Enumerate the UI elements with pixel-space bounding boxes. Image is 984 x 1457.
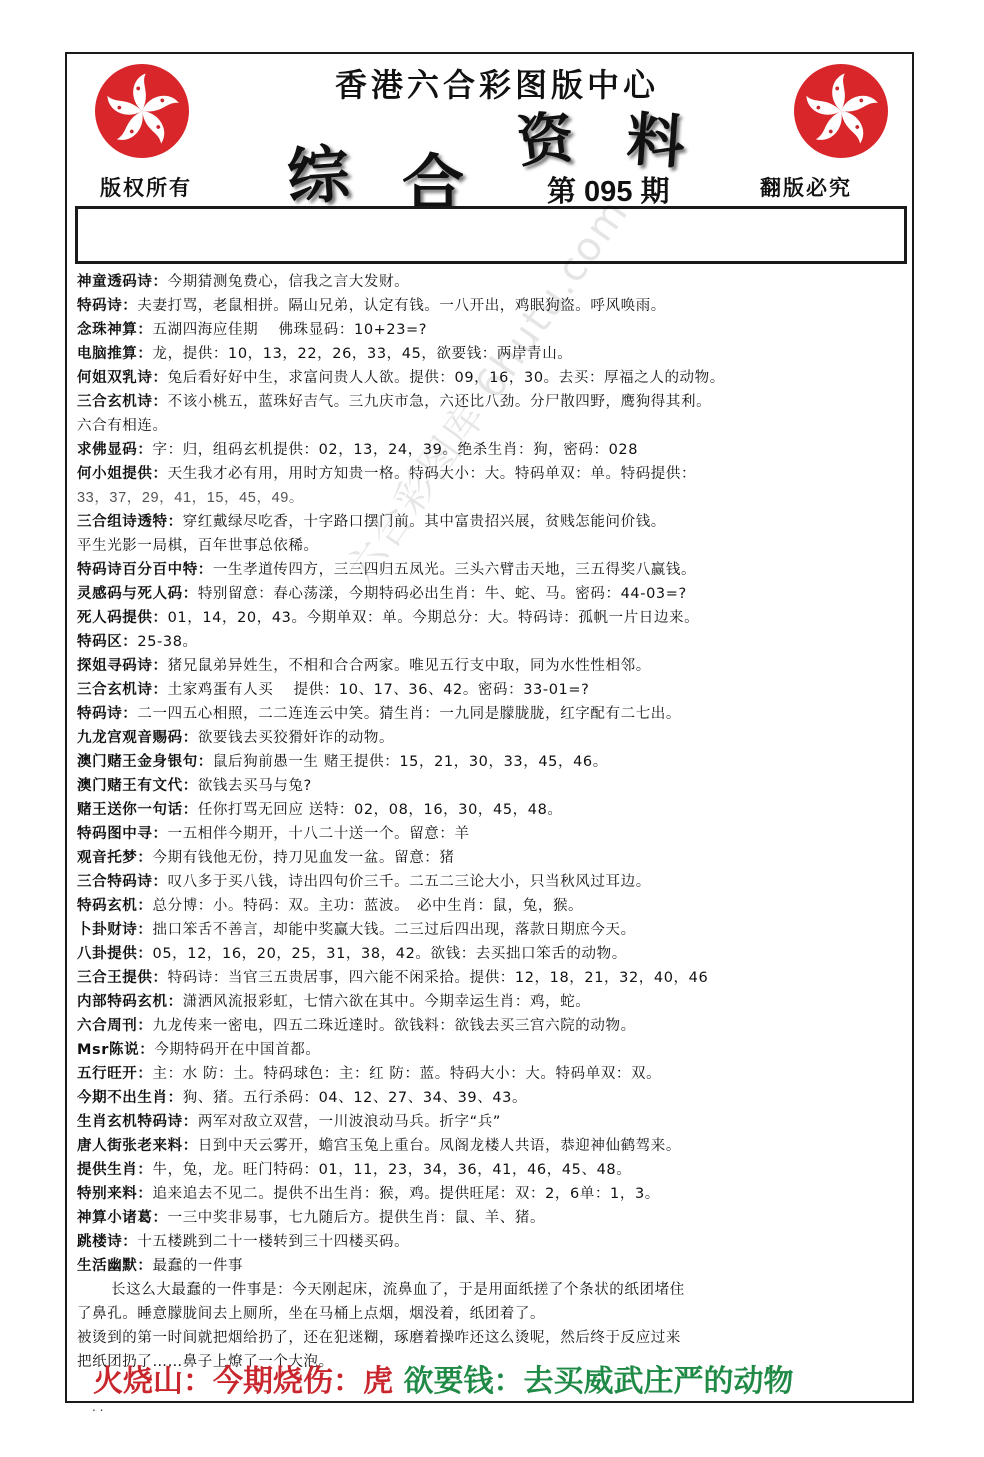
line-label: 三合玄机诗： [77, 394, 168, 410]
piracy-warning-label: 翻版必究 [760, 172, 852, 202]
list-item: 三合王提供：特码诗：当官三五贵居事，四六能不闲采拾。提供：12，18，21，32… [77, 966, 907, 990]
line-text: 欲要钱去买狡猾奸诈的动物。 [198, 730, 394, 746]
line-text: 日到中天云雾开，蟾宫玉兔上重台。凤阁龙楼人共语，恭迎神仙鹤驾来。 [198, 1138, 681, 1154]
bauhinia-flower-icon [95, 64, 189, 158]
line-text: 龙，提供：10，13，22，26，33，45，欲要钱：两岸青山。 [153, 346, 573, 362]
line-label: 神算小诸葛： [77, 1210, 168, 1226]
line-text: 追来追去不见二。提供不出生肖：猴，鸡。提供旺尾：双：2，6单：1，3。 [153, 1186, 660, 1202]
list-item: 33，37，29，41，15，45，49。 [77, 486, 907, 510]
line-label: 九龙宫观音赐码： [77, 730, 198, 746]
line-label: 念珠神算： [77, 322, 153, 338]
line-label: 探姐寻码诗： [77, 658, 168, 674]
line-text: 任你打骂无回应 送特：02，08，16，30，45，48。 [198, 802, 563, 818]
title-char-3: 资 [513, 93, 577, 178]
list-item: 内部特码玄机：潇洒风流报彩虹，七情六欲在其中。今期幸运生肖：鸡，蛇。 [77, 990, 907, 1014]
banner-green-text: 欲要钱：去买威武庄严的动物 [403, 1364, 793, 1399]
list-item: 卜卦财诗：拙口笨舌不善言，却能中奖赢大钱。二三过后四出现，落款日期庶今天。 [77, 918, 907, 942]
bauhinia-flower-icon [794, 64, 888, 158]
line-text: 潇洒风流报彩虹，七情六欲在其中。今期幸运生肖：鸡，蛇。 [183, 994, 591, 1010]
line-text: 穿红戴绿尽吃香，十字路口摆门前。其中富贵招兴展，贫贱怎能问价钱。 [183, 514, 666, 530]
bauhinia-flower-icon [794, 64, 888, 158]
line-label: 澳门赌王有文代： [77, 778, 198, 794]
line-text: 拙口笨舌不善言，却能中奖赢大钱。二三过后四出现，落款日期庶今天。 [153, 922, 636, 938]
list-item: 探姐寻码诗：猪兄鼠弟异姓生，不相和合合两家。唯见五行支中取，同为水性性相邻。 [77, 654, 907, 678]
line-text: 不该小桃五，蓝珠好吉气。三九庆市急，六还比八劲。分尸散四野，鹰狗得其利。 [168, 394, 712, 410]
list-item: 何姐双乳诗：兔后看好好中生，求富问贵人人欲。提供：09，16，30。去买：厚福之… [77, 366, 907, 390]
list-item: 六合周刊：九龙传来一密电，四五二珠近達时。欲钱料：欲钱去买三宫六院的动物。 [77, 1014, 907, 1038]
line-text: 十五楼跳到二十一楼转到三十四楼买码。 [137, 1234, 409, 1250]
line-label: 特码区： [77, 634, 137, 650]
line-text: 一三中奖非易事，七九随后方。提供生肖：鼠、羊、猪。 [168, 1210, 546, 1226]
list-item: 神童透码诗：今期猜测兔费心，信我之言大发财。 [77, 270, 907, 294]
footer-dots: . . [92, 1400, 103, 1414]
line-text: 05，12，16，20，25，31，38，42。欲钱：去买拙口笨舌的动物。 [153, 946, 627, 962]
line-label: 观音托梦： [77, 850, 153, 866]
hint-banner: 火烧山：今期烧伤：虎 欲要钱：去买威武庄严的动物 [93, 1356, 793, 1400]
list-item: 三合特码诗：叹八多于买八钱，诗出四句价三千。二五二三论大小，只当秋风过耳边。 [77, 870, 907, 894]
list-item: 跳楼诗：十五楼跳到二十一楼转到三十四楼买码。 [77, 1230, 907, 1254]
line-label: 求佛显码： [77, 442, 153, 458]
line-label: 三合王提供： [77, 970, 168, 986]
line-label: 内部特码玄机： [77, 994, 183, 1010]
list-item: 三合玄机诗：土家鸡蛋有人买 提供：10、17、36、42。密码：33-01=? [77, 678, 907, 702]
line-text: 夫妻打骂，老鼠相拼。隔山兄弟，认定有钱。一八开出，鸡眠狗盗。呼风唤雨。 [137, 298, 666, 314]
line-label: 灵感码与死人码： [77, 586, 198, 602]
list-item: 八卦提供：05，12，16，20，25，31，38，42。欲钱：去买拙口笨舌的动… [77, 942, 907, 966]
lottery-sheet: 香港六合彩图版中心 综 合 资 料 第 095 期 版权所有 翻版必究 神童透码… [65, 52, 914, 1403]
content-lines: 神童透码诗：今期猜测兔费心，信我之言大发财。 特码诗：夫妻打骂，老鼠相拼。隔山兄… [77, 270, 907, 1374]
line-text: 总分博：小。特码：双。主功：蓝波。 必中生肖：鼠，兔，猴。 [153, 898, 584, 914]
list-item: 三合组诗透特：穿红戴绿尽吃香，十字路口摆门前。其中富贵招兴展，贫贱怎能问价钱。 [77, 510, 907, 534]
list-item: 观音托梦：今期有钱他无份，持刀见血发一盆。留意：猪 [77, 846, 907, 870]
line-text: 主：水 防：土。特码球色：主：红 防：蓝。特码大小：大。特码单双：双。 [153, 1066, 662, 1082]
list-item: 六合有相连。 [77, 414, 907, 438]
line-text: 牛，兔，龙。旺门特码：01，11，23，34，36，41，46，45、48。 [153, 1162, 632, 1178]
line-text: 33，37，29，41，15，45，49。 [77, 490, 304, 506]
bauhinia-flower-icon [95, 64, 189, 158]
line-label: 何姐双乳诗： [77, 370, 168, 386]
line-label: 唐人街张老来料： [77, 1138, 198, 1154]
line-text: 六合有相连。 [77, 418, 168, 434]
line-label: 生活幽默： [77, 1258, 153, 1274]
line-text: 九龙传来一密电，四五二珠近達时。欲钱料：欲钱去买三宫六院的动物。 [153, 1018, 636, 1034]
line-label: 生肖玄机特码诗： [77, 1114, 198, 1130]
banner-red-text: 火烧山：今期烧伤：虎 [93, 1364, 393, 1399]
list-item: 五行旺开：主：水 防：土。特码球色：主：红 防：蓝。特码大小：大。特码单双：双。 [77, 1062, 907, 1086]
line-label: 三合玄机诗： [77, 682, 168, 698]
line-text: 两军对敌立双营，一川波浪动马兵。折字“兵” [198, 1114, 501, 1130]
list-item: 特码诗：二一四五心相照，二二连连云中笑。猜生肖：一九同是朦胧胧，红字配有二七出。 [77, 702, 907, 726]
line-label: 特码诗百分百中特： [77, 562, 213, 578]
list-item: 今期不出生肖：狗、猪。五行杀码：04、12、27、34、39、43。 [77, 1086, 907, 1110]
line-text: 字：归，组码玄机提供：02，13，24，39。绝杀生肖：狗，密码：028 [153, 442, 639, 458]
line-label: 赌王送你一句话： [77, 802, 198, 818]
list-item: 死人码提供：01，14，20，43。今期单双：单。今期总分：大。特码诗：孤帆一片… [77, 606, 907, 630]
story-line: 被烫到的第一时间就把烟给扔了，还在犯迷糊，琢磨着操咋还这么烫呢，然后终于反应过来 [77, 1326, 907, 1350]
line-text: 二一四五心相照，二二连连云中笑。猜生肖：一九同是朦胧胧，红字配有二七出。 [137, 706, 681, 722]
line-label: 何小姐提供： [77, 466, 168, 482]
line-text: 鼠后狗前愚一生 赌王提供：15，21，30，33，45，46。 [213, 754, 608, 770]
list-item: 澳门赌王金身银句：鼠后狗前愚一生 赌王提供：15，21，30，33，45，46。 [77, 750, 907, 774]
list-item: 生活幽默：最蠢的一件事 [77, 1254, 907, 1278]
line-label: Msr陈说： [77, 1042, 154, 1058]
line-label: 神童透码诗： [77, 274, 168, 290]
list-item: 特码玄机：总分博：小。特码：双。主功：蓝波。 必中生肖：鼠，兔，猴。 [77, 894, 907, 918]
list-item: 唐人街张老来料：日到中天云雾开，蟾宫玉兔上重台。凤阁龙楼人共语，恭迎神仙鹤驾来。 [77, 1134, 907, 1158]
line-label: 卜卦财诗： [77, 922, 153, 938]
list-item: 澳门赌王有文代：欲钱去买马与兔? [77, 774, 907, 798]
line-text: 今期特码开在中国首都。 [154, 1042, 320, 1058]
line-text: 一生孝道传四方，三三四归五凤光。三头六臂击天地，三五得奖八赢钱。 [213, 562, 696, 578]
line-label: 特别来料： [77, 1186, 153, 1202]
issue-number: 第 095 期 [547, 169, 670, 210]
line-text: 特码诗：当官三五贵居事，四六能不闲采拾。提供：12，18，21，32，40，46 [168, 970, 709, 986]
list-item: 特码图中寻：一五相伴今期开，十八二十送一个。留意：羊 [77, 822, 907, 846]
title-char-1: 综 [284, 124, 352, 217]
line-text: 今期有钱他无份，持刀见血发一盆。留意：猪 [153, 850, 455, 866]
line-label: 六合周刊： [77, 1018, 153, 1034]
story-line: 长这么大最蠢的一件事是：今天刚起床，流鼻血了，于是用面纸搓了个条状的纸团堵住 [77, 1278, 907, 1302]
list-item: 何小姐提供：天生我才必有用，用时方知贵一格。特码大小：大。特码单双：单。特码提供… [77, 462, 907, 486]
line-label: 三合组诗透特： [77, 514, 183, 530]
line-label: 特码诗： [77, 298, 137, 314]
list-item: 特码区：25-38。 [77, 630, 907, 654]
list-item: 生肖玄机特码诗：两军对敌立双营，一川波浪动马兵。折字“兵” [77, 1110, 907, 1134]
list-item: 电脑推算：龙，提供：10，13，22，26，33，45，欲要钱：两岸青山。 [77, 342, 907, 366]
line-label: 澳门赌王金身银句： [77, 754, 213, 770]
list-item: 求佛显码：字：归，组码玄机提供：02，13，24，39。绝杀生肖：狗，密码：02… [77, 438, 907, 462]
title-char-4: 料 [624, 92, 688, 180]
line-label: 死人码提供： [77, 610, 168, 626]
line-text: 特别留意：春心荡漾，今期特码必出生肖：牛、蛇、马。密码：44-03=? [198, 586, 687, 602]
line-text: 今期猜测兔费心，信我之言大发财。 [168, 274, 410, 290]
list-item: 三合玄机诗：不该小桃五，蓝珠好吉气。三九庆市急，六还比八劲。分尸散四野，鹰狗得其… [77, 390, 907, 414]
line-label: 特码诗： [77, 706, 137, 722]
line-text: 叹八多于买八钱，诗出四句价三千。二五二三论大小，只当秋风过耳边。 [168, 874, 651, 890]
list-item: 平生光影一局棋，百年世事总依稀。 [77, 534, 907, 558]
line-text: 一五相伴今期开，十八二十送一个。留意：羊 [168, 826, 470, 842]
line-text: 兔后看好好中生，求富问贵人人欲。提供：09，16，30。去买：厚福之人的动物。 [168, 370, 725, 386]
line-text: 01，14，20，43。今期单双：单。今期总分：大。特码诗：孤帆一片日边来。 [168, 610, 700, 626]
line-text: 土家鸡蛋有人买 提供：10、17、36、42。密码：33-01=? [168, 682, 590, 698]
blank-notice-box [75, 206, 907, 264]
list-item: 念珠神算：五湖四海应佳期 佛珠显码：10+23=? [77, 318, 907, 342]
list-item: 神算小诸葛：一三中奖非易事，七九随后方。提供生肖：鼠、羊、猪。 [77, 1206, 907, 1230]
line-text: 猪兄鼠弟异姓生，不相和合合两家。唯见五行支中取，同为水性性相邻。 [168, 658, 651, 674]
list-item: 灵感码与死人码：特别留意：春心荡漾，今期特码必出生肖：牛、蛇、马。密码：44-0… [77, 582, 907, 606]
line-label: 提供生肖： [77, 1162, 153, 1178]
list-item: Msr陈说：今期特码开在中国首都。 [77, 1038, 907, 1062]
list-item: 特别来料：追来追去不见二。提供不出生肖：猴，鸡。提供旺尾：双：2，6单：1，3。 [77, 1182, 907, 1206]
line-label: 电脑推算： [77, 346, 153, 362]
line-label: 五行旺开： [77, 1066, 153, 1082]
line-label: 三合特码诗： [77, 874, 168, 890]
line-label: 特码玄机： [77, 898, 153, 914]
list-item: 特码诗百分百中特：一生孝道传四方，三三四归五凤光。三头六臂击天地，三五得奖八赢钱… [77, 558, 907, 582]
line-text: 平生光影一局棋，百年世事总依稀。 [77, 538, 319, 554]
line-label: 八卦提供： [77, 946, 153, 962]
list-item: 特码诗：夫妻打骂，老鼠相拼。隔山兄弟，认定有钱。一八开出，鸡眠狗盗。呼风唤雨。 [77, 294, 907, 318]
line-text: 五湖四海应佳期 佛珠显码：10+23=? [153, 322, 428, 338]
line-text: 狗、猪。五行杀码：04、12、27、34、39、43。 [183, 1090, 527, 1106]
line-label: 跳楼诗： [77, 1234, 137, 1250]
line-text: 最蠢的一件事 [153, 1258, 244, 1274]
line-label: 今期不出生肖： [77, 1090, 183, 1106]
copyright-label: 版权所有 [100, 172, 192, 202]
line-text: 25-38。 [137, 634, 197, 650]
list-item: 赌王送你一句话：任你打骂无回应 送特：02，08，16，30，45，48。 [77, 798, 907, 822]
line-text: 欲钱去买马与兔? [198, 778, 312, 794]
header: 香港六合彩图版中心 综 合 资 料 第 095 期 版权所有 翻版必究 [67, 54, 912, 204]
line-label: 特码图中寻： [77, 826, 168, 842]
list-item: 九龙宫观音赐码：欲要钱去买狡猾奸诈的动物。 [77, 726, 907, 750]
story-line: 了鼻孔。睡意朦胧间去上厕所，坐在马桶上点烟，烟没着，纸团着了。 [77, 1302, 907, 1326]
list-item: 提供生肖：牛，兔，龙。旺门特码：01，11，23，34，36，41，46，45、… [77, 1158, 907, 1182]
line-text: 天生我才必有用，用时方知贵一格。特码大小：大。特码单双：单。特码提供： [168, 466, 697, 482]
